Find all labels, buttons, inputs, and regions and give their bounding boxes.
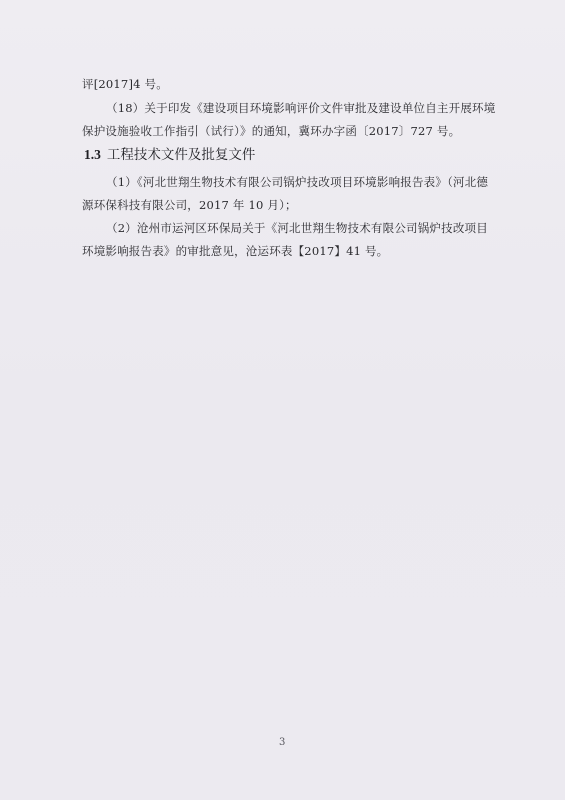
text-line: （18）关于印发《建设项目环境影响评价文件审批及建设单位自主开展环境 (106, 101, 495, 115)
reference-item-1-line-2: 源环保科技有限公司，2017 年 10 月）； (82, 198, 297, 212)
text-line: 评[2017]4 号。 (82, 77, 168, 91)
reference-item-1-line-1: （1）《河北世翔生物技术有限公司锅炉技改项目环境影响报告表》（河北德 (106, 175, 488, 189)
section-heading: 1.3工程技术文件及批复文件 (84, 147, 255, 163)
page-number: 3 (279, 737, 285, 748)
text-line: 保护设施验收工作指引（试行）》的通知，冀环办字函〔2017〕727 号。 (82, 124, 460, 138)
section-title: 工程技术文件及批复文件 (107, 147, 256, 163)
reference-item-2-line-1: （2）沧州市运河区环保局关于《河北世翔生物技术有限公司锅炉技改项目 (106, 221, 488, 235)
document-page: 评[2017]4 号。 （18）关于印发《建设项目环境影响评价文件审批及建设单位… (0, 0, 565, 800)
section-number: 1.3 (84, 147, 101, 162)
reference-item-2-line-2: 环境影响报告表》的审批意见，沧运环表【2017】41 号。 (82, 244, 388, 258)
